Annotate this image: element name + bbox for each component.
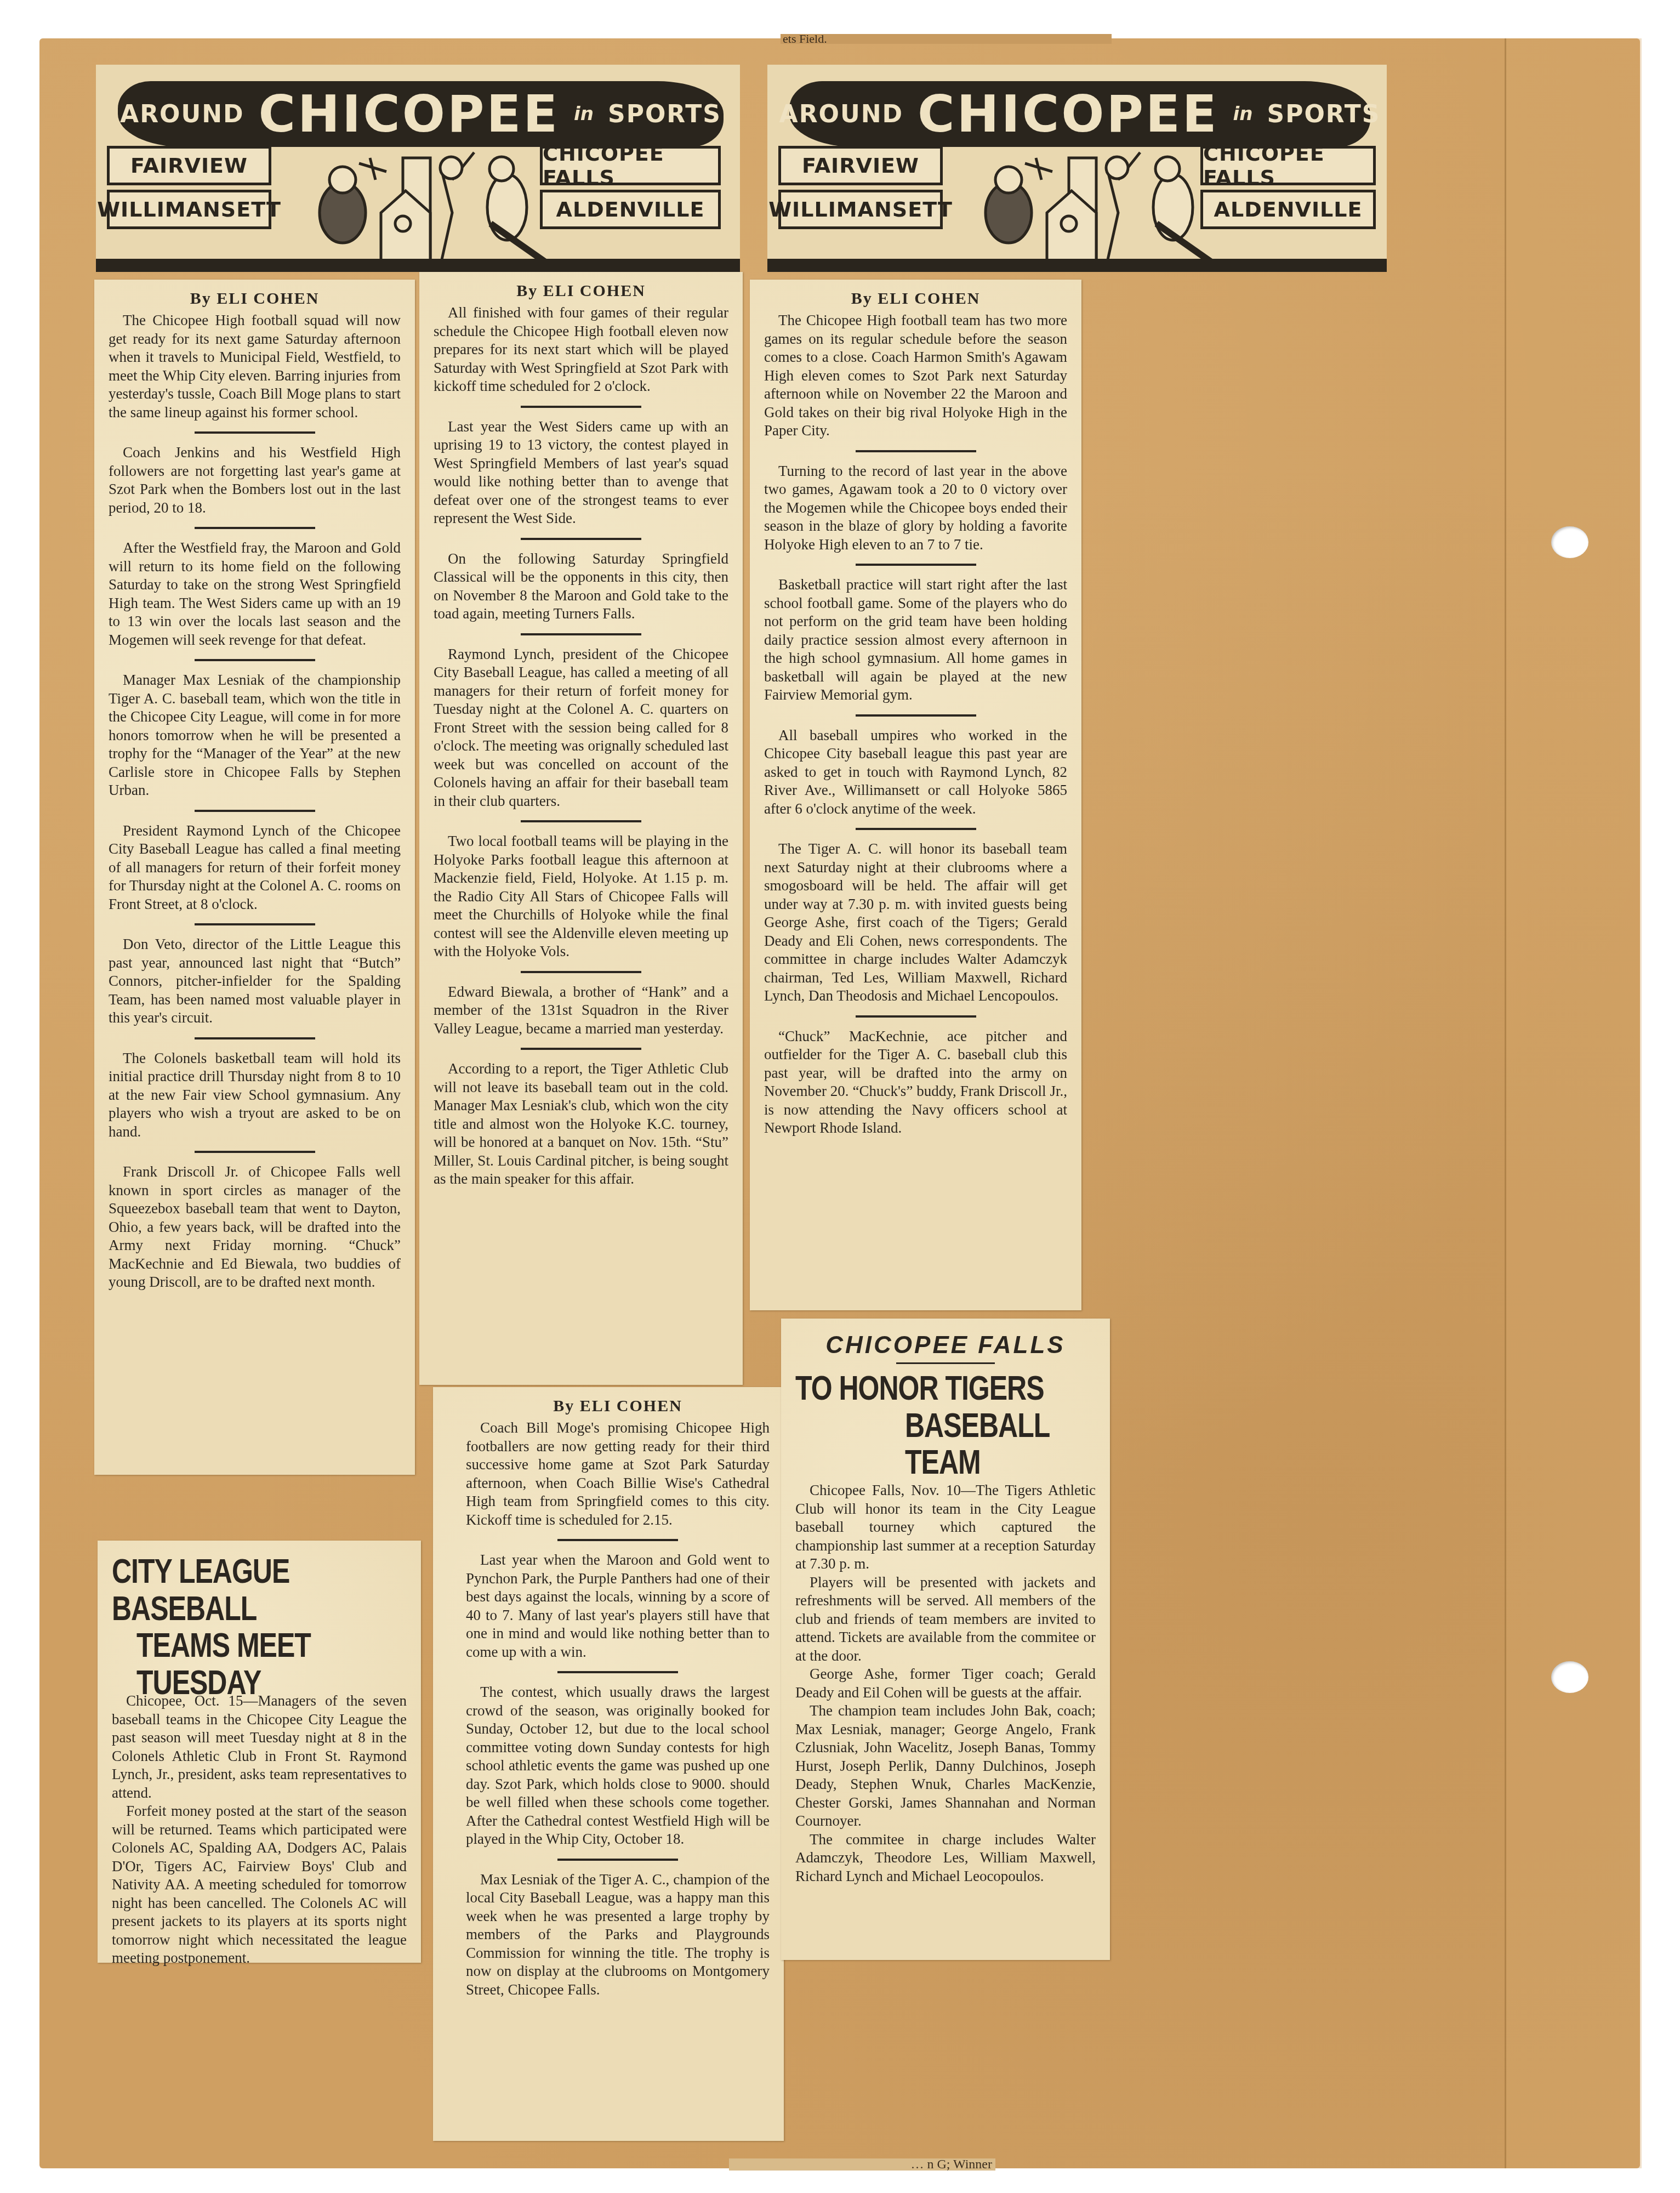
section-divider	[856, 714, 976, 717]
sign-willimansett: WILLIMANSETT	[107, 190, 271, 229]
article-paragraph: The Colonels basketball team will hold i…	[109, 1049, 401, 1141]
ribbon-in: in	[1233, 103, 1253, 125]
clipping-honor-tigers: CHICOPEE FALLS TO HONOR TIGERS BASEBALL …	[781, 1319, 1110, 1960]
article-paragraph: Frank Driscoll Jr. of Chicopee Falls wel…	[109, 1163, 401, 1292]
headline: CITY LEAGUE BASEBALL TEAMS MEET TUESDAY	[112, 1553, 407, 1701]
ribbon-chicopee: CHICOPEE	[259, 85, 560, 144]
clipping-column-1: By ELI COHEN The Chicopee High football …	[94, 280, 415, 1475]
sign-chicopee-falls: CHICOPEE FALLS	[540, 146, 721, 185]
article-paragraph: The contest, which usually draws the lar…	[466, 1683, 770, 1849]
article-paragraph: The Chicopee High football squad will no…	[109, 311, 401, 422]
bottom-clipping-fragment: … n G; Winner	[729, 2158, 995, 2171]
article-paragraph: Manager Max Lesniak of the championship …	[109, 671, 401, 800]
section-divider	[521, 633, 641, 635]
article-paragraph: The champion team includes John Bak, coa…	[795, 1702, 1096, 1831]
headline-line-2: TEAMS MEET TUESDAY	[112, 1627, 407, 1701]
article-paragraph: Players will be presented with jackets a…	[795, 1573, 1096, 1666]
section-divider	[521, 538, 641, 540]
article-paragraph: Turning to the record of last year in th…	[764, 462, 1067, 554]
sign-fairview: FAIRVIEW	[778, 146, 943, 185]
article-paragraph: After the Westfield fray, the Maroon and…	[109, 539, 401, 649]
section-divider	[856, 564, 976, 566]
section-divider	[521, 820, 641, 822]
article-paragraph: Don Veto, director of the Little League …	[109, 935, 401, 1027]
headline-line-1: CITY LEAGUE BASEBALL	[112, 1553, 407, 1627]
clipping-column-middle-bottom: By ELI COHEN Coach Bill Moge's promising…	[433, 1387, 784, 2141]
section-divider	[521, 1048, 641, 1050]
article-paragraph: President Raymond Lynch of the Chicopee …	[109, 822, 401, 914]
sports-cartoon-illustration	[277, 147, 562, 268]
banner-ground-line	[767, 259, 1387, 272]
headline: TO HONOR TIGERS BASEBALL TEAM	[795, 1370, 1096, 1481]
sports-cartoon-illustration	[943, 147, 1228, 268]
kicker-heading: CHICOPEE FALLS	[795, 1332, 1096, 1359]
ribbon-sports: SPORTS	[608, 100, 721, 128]
section-divider	[195, 1037, 315, 1039]
section-divider	[856, 450, 976, 452]
article-paragraph: All baseball umpires who worked in the C…	[764, 726, 1067, 819]
article-paragraph: Basketball practice will start right aft…	[764, 576, 1067, 705]
section-divider	[557, 1671, 678, 1673]
article-paragraph: “Chuck” MacKechnie, ace pitcher and outf…	[764, 1027, 1067, 1138]
article-paragraph: Coach Bill Moge's promising Chicopee Hig…	[466, 1419, 770, 1529]
section-divider	[195, 431, 315, 434]
section-divider	[195, 923, 315, 925]
punch-hole-top	[1551, 526, 1588, 558]
clipping-column-3: By ELI COHEN The Chicopee High football …	[750, 280, 1081, 1310]
section-divider	[195, 659, 315, 661]
sign-willimansett: WILLIMANSETT	[778, 190, 943, 229]
article-paragraph: Last year when the Maroon and Gold went …	[466, 1551, 770, 1661]
section-divider	[195, 527, 315, 529]
sign-aldenville: ALDENVILLE	[540, 190, 721, 229]
article-paragraph: Last year the West Siders came up with a…	[434, 418, 728, 528]
article-paragraph: Max Lesniak of the Tiger A. C., champion…	[466, 1871, 770, 1999]
ribbon-in: in	[574, 103, 594, 125]
sign-fairview: FAIRVIEW	[107, 146, 271, 185]
clipping-city-league-baseball: CITY LEAGUE BASEBALL TEAMS MEET TUESDAY …	[98, 1541, 421, 1963]
headline-line-2: BASEBALL TEAM	[795, 1407, 1096, 1481]
ribbon-around: AROUND	[120, 100, 244, 128]
section-divider	[557, 1539, 678, 1541]
ribbon-sports: SPORTS	[1267, 100, 1380, 128]
banner-ground-line	[96, 259, 740, 272]
article-paragraph: The Tiger A. C. will honor its baseball …	[764, 840, 1067, 1005]
article-paragraph: Edward Biewala, a brother of “Hank” and …	[434, 983, 728, 1038]
section-divider	[557, 1859, 678, 1861]
byline: By ELI COHEN	[466, 1397, 770, 1416]
article-paragraph: All finished with four games of their re…	[434, 304, 728, 396]
article-paragraph: On the following Saturday Springfield Cl…	[434, 550, 728, 623]
section-divider	[521, 406, 641, 408]
binding-strip	[1505, 38, 1642, 2168]
article-paragraph: Coach Jenkins and his Westfield High fol…	[109, 444, 401, 517]
banner-ribbon: AROUND CHICOPEE in SPORTS	[118, 81, 724, 147]
article-paragraph: Raymond Lynch, president of the Chicopee…	[434, 645, 728, 811]
article-paragraph: Two local football teams will be playing…	[434, 832, 728, 961]
ribbon-chicopee: CHICOPEE	[918, 85, 1219, 144]
top-clipping-fragment: ets Field.	[781, 34, 1112, 44]
byline: By ELI COHEN	[764, 289, 1067, 308]
article-paragraph: George Ashe, former Tiger coach; Gerald …	[795, 1665, 1096, 1702]
article-paragraph: The Chicopee High football team has two …	[764, 311, 1067, 440]
article-paragraph: Chicopee, Oct. 15—Managers of the seven …	[112, 1692, 407, 1802]
section-divider	[195, 1151, 315, 1153]
article-paragraph: Chicopee Falls, Nov. 10—The Tigers Athle…	[795, 1481, 1096, 1573]
clipping-column-2: By ELI COHEN All finished with four game…	[419, 272, 743, 1385]
punch-hole-bottom	[1551, 1661, 1588, 1693]
banner-around-chicopee-left: AROUND CHICOPEE in SPORTS FAIRVIEW WILLI…	[96, 65, 740, 272]
banner-ribbon: AROUND CHICOPEE in SPORTS	[789, 81, 1370, 147]
section-divider	[856, 828, 976, 830]
byline: By ELI COHEN	[434, 282, 728, 300]
section-divider	[195, 810, 315, 812]
ribbon-around: AROUND	[779, 100, 903, 128]
section-divider	[856, 1015, 976, 1018]
article-paragraph: According to a report, the Tiger Athleti…	[434, 1060, 728, 1189]
byline: By ELI COHEN	[109, 289, 401, 308]
banner-around-chicopee-right: AROUND CHICOPEE in SPORTS FAIRVIEW WILLI…	[767, 65, 1387, 272]
headline-line-1: TO HONOR TIGERS	[795, 1370, 1096, 1407]
article-paragraph: The commitee in charge includes Walter A…	[795, 1831, 1096, 1886]
section-divider	[521, 971, 641, 973]
article-paragraph: Forfeit money posted at the start of the…	[112, 1802, 407, 1968]
kicker-divider	[896, 1362, 995, 1364]
